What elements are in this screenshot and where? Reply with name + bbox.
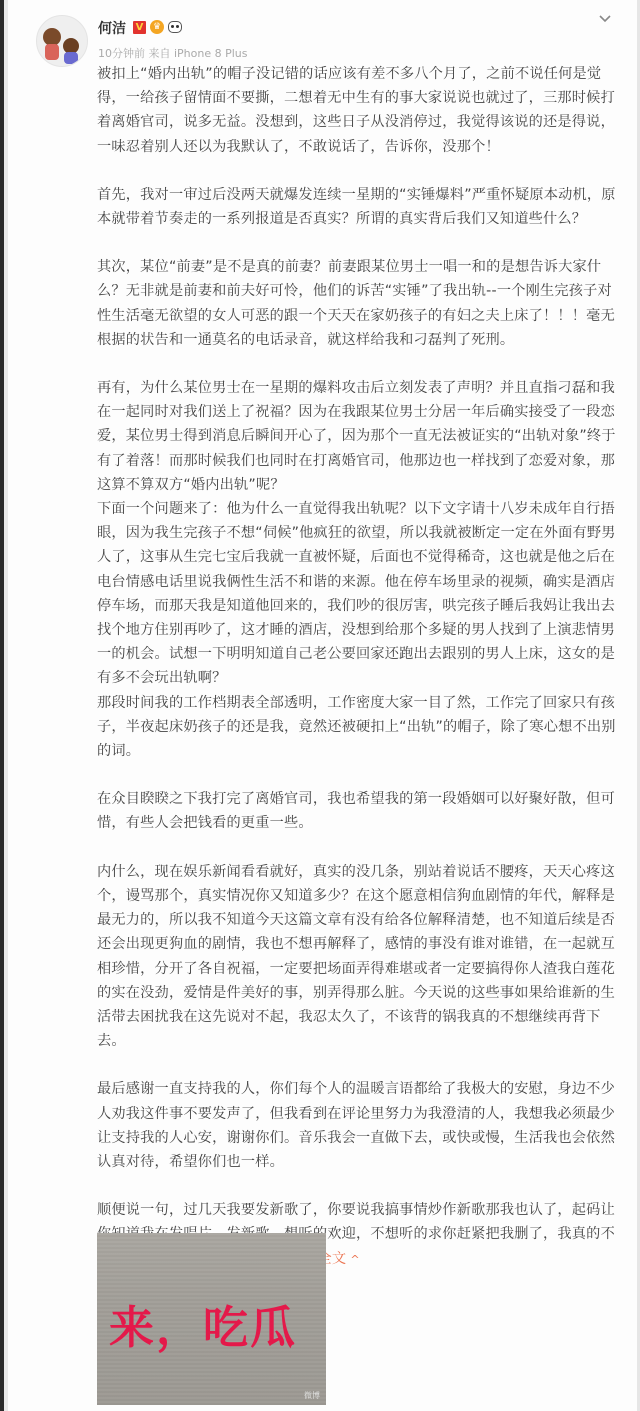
panda-badge-icon[interactable] xyxy=(168,21,182,33)
post-paragraph: 首先，我对一审过后没两天就爆发连续一星期的“实锤爆料”严重怀疑原本动机，原本就带… xyxy=(97,183,617,231)
post-paragraph: 最后感谢一直支持我的人，你们每个人的温暖言语都给了我极大的安慰，身边不少人劝我这… xyxy=(97,1077,617,1174)
avatar-kid-body-icon xyxy=(64,52,78,64)
author-badges: V ♛ xyxy=(133,20,182,34)
post-paragraph: 被扣上“婚内出轨”的帽子没记错的话应该有差不多八个月了，之前不说任何是觉得，一给… xyxy=(97,62,617,159)
author-name[interactable]: 何洁 xyxy=(98,18,126,38)
post-paragraph: 其次，某位“前妻”是不是真的前妻？前妻跟某位男士一唱一和的是想告诉大家什么？无非… xyxy=(97,255,617,352)
chevron-down-icon[interactable] xyxy=(598,12,612,26)
post-paragraph: 下面一个问题来了：他为什么一直觉得我出轨呢？以下文字请十八岁未成年自行捂眼，因为… xyxy=(97,497,617,691)
post-paragraph: 再有，为什么某位男士在一星期的爆料攻击后立刻发表了声明？并且直指刁磊和我在一起同… xyxy=(97,376,617,497)
image-caption: 来，吃瓜 xyxy=(109,1291,297,1356)
post-image[interactable]: 来，吃瓜 微博 xyxy=(97,1233,326,1405)
post-paragraph: 在众目睽睽之下我打完了离婚官司，我也希望我的第一段婚姻可以好聚好散，但可惜，有些… xyxy=(97,787,617,835)
member-badge-icon[interactable]: ♛ xyxy=(150,20,164,34)
post-body: 被扣上“婚内出轨”的帽子没记错的话应该有差不多八个月了，之前不说任何是觉得，一给… xyxy=(97,62,617,1272)
image-watermark: 微博 xyxy=(304,1390,320,1401)
post-paragraph: 内什么，现在娱乐新闻看看就好，真实的没几条，别站着说话不腰疼，天天心疼这个，谩骂… xyxy=(97,860,617,1054)
avatar[interactable] xyxy=(36,15,88,67)
chevron-up-icon[interactable]: ^ xyxy=(350,1253,359,1266)
post-meta: 10分钟前 来自 iPhone 8 Plus xyxy=(98,45,248,61)
avatar-kid-body-icon xyxy=(45,44,59,60)
verified-v-icon[interactable]: V xyxy=(133,21,146,34)
post-paragraph: 那段时间我的工作档期表全部透明，工作密度大家一目了然，工作完了回家只有孩子，半夜… xyxy=(97,691,617,764)
